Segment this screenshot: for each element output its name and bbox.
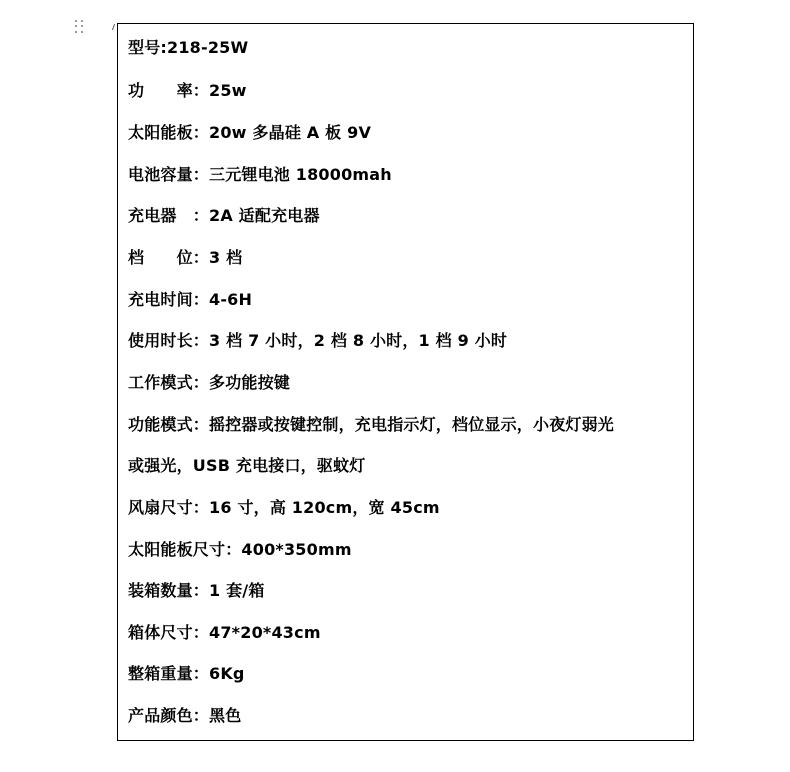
spec-usage-time: 使用时长：3 档 7 小时，2 档 8 小时，1 档 9 小时 — [128, 331, 507, 351]
spec-function-mode-cont: 或强光，USB 充电接口，驱蚊灯 — [128, 456, 365, 476]
spec-battery: 电池容量：三元锂电池 18000mah — [128, 165, 392, 185]
spec-panel-size: 太阳能板尺寸：400*350mm — [128, 540, 352, 560]
spec-model: 型号:218-25W — [128, 38, 248, 58]
spec-color: 产品颜色：黑色 — [128, 706, 241, 726]
spec-function-mode: 功能模式：摇控器或按键控制，充电指示灯，档位显示，小夜灯弱光 — [128, 415, 614, 435]
spec-power: 功 率：25w — [128, 81, 247, 101]
drag-handle-icon[interactable] — [75, 20, 85, 34]
spec-fan-size: 风扇尺寸：16 寸，高 120cm，宽 45cm — [128, 498, 440, 518]
spec-carton-weight: 整箱重量：6Kg — [128, 664, 245, 684]
spec-charge-time: 充电时间：4-6H — [128, 290, 252, 310]
spec-solar-panel: 太阳能板：20w 多晶硅 A 板 9V — [128, 123, 371, 143]
spec-carton-size: 箱体尺寸：47*20*43cm — [128, 623, 321, 643]
spec-work-mode: 工作模式：多功能按键 — [128, 373, 290, 393]
spec-packing-qty: 装箱数量：1 套/箱 — [128, 581, 265, 601]
spec-charger: 充电器 ：2A 适配充电器 — [128, 206, 320, 226]
product-spec-text-box[interactable]: 型号:218-25W 功 率：25w 太阳能板：20w 多晶硅 A 板 9V 电… — [117, 23, 694, 741]
spec-gears: 档 位：3 档 — [128, 248, 242, 268]
